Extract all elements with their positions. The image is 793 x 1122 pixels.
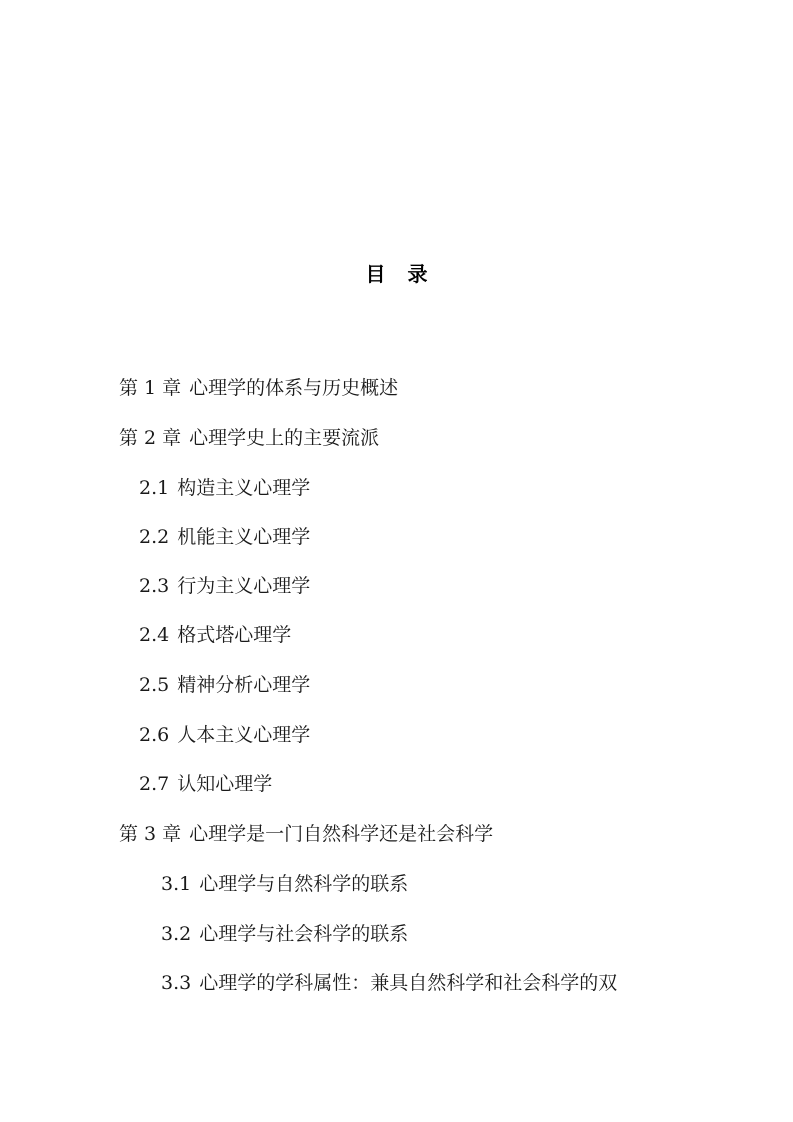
toc-entry-2-5[interactable]: 2.5精神分析心理学: [139, 673, 310, 697]
entry-label: 精神分析心理学: [177, 674, 310, 696]
entry-label: 认知心理学: [177, 773, 272, 795]
title-char-2: 录: [408, 262, 428, 286]
title-char-1: 目: [366, 262, 386, 286]
entry-label: 心理学与自然科学的联系: [199, 873, 408, 895]
entry-number: 第 1 章: [119, 376, 181, 400]
entry-number: 2.1: [139, 476, 169, 500]
toc-entry-2-4[interactable]: 2.4格式塔心理学: [139, 623, 291, 647]
entry-number: 2.4: [139, 623, 169, 647]
toc-entry-2-7[interactable]: 2.7认知心理学: [139, 772, 272, 796]
toc-entry-chapter-1[interactable]: 第 1 章心理学的体系与历史概述: [119, 376, 398, 400]
toc-entry-2-3[interactable]: 2.3行为主义心理学: [139, 574, 310, 598]
entry-number: 3.3: [161, 971, 191, 995]
toc-entry-2-6[interactable]: 2.6人本主义心理学: [139, 723, 310, 747]
toc-entry-3-1[interactable]: 3.1心理学与自然科学的联系: [161, 872, 408, 896]
entry-label: 行为主义心理学: [177, 575, 310, 597]
entry-label: 机能主义心理学: [177, 526, 310, 548]
toc-entry-3-3[interactable]: 3.3心理学的学科属性：兼具自然科学和社会科学的双: [161, 971, 617, 995]
toc-entry-chapter-2[interactable]: 第 2 章心理学史上的主要流派: [119, 426, 379, 450]
entry-label: 格式塔心理学: [177, 624, 291, 646]
document-page: 目录 第 1 章心理学的体系与历史概述 第 2 章心理学史上的主要流派 2.1构…: [0, 0, 793, 1122]
toc-entry-2-1[interactable]: 2.1构造主义心理学: [139, 476, 310, 500]
entry-label: 心理学的体系与历史概述: [189, 377, 398, 399]
entry-number: 第 3 章: [119, 822, 181, 846]
entry-number: 第 2 章: [119, 426, 181, 450]
entry-number: 2.7: [139, 772, 169, 796]
entry-number: 2.3: [139, 574, 169, 598]
entry-label: 构造主义心理学: [177, 477, 310, 499]
entry-label: 心理学与社会科学的联系: [199, 923, 408, 945]
entry-number: 3.2: [161, 922, 191, 946]
entry-label: 心理学是一门自然科学还是社会科学: [189, 823, 493, 845]
toc-entry-3-2[interactable]: 3.2心理学与社会科学的联系: [161, 922, 408, 946]
entry-number: 3.1: [161, 872, 191, 896]
toc-entry-2-2[interactable]: 2.2机能主义心理学: [139, 525, 310, 549]
entry-label: 心理学史上的主要流派: [189, 427, 379, 449]
entry-number: 2.5: [139, 673, 169, 697]
entry-number: 2.2: [139, 525, 169, 549]
entry-number: 2.6: [139, 723, 169, 747]
entry-label: 心理学的学科属性：兼具自然科学和社会科学的双: [199, 972, 617, 994]
toc-entry-chapter-3[interactable]: 第 3 章心理学是一门自然科学还是社会科学: [119, 822, 493, 846]
table-of-contents-title: 目录: [0, 258, 793, 287]
entry-label: 人本主义心理学: [177, 724, 310, 746]
